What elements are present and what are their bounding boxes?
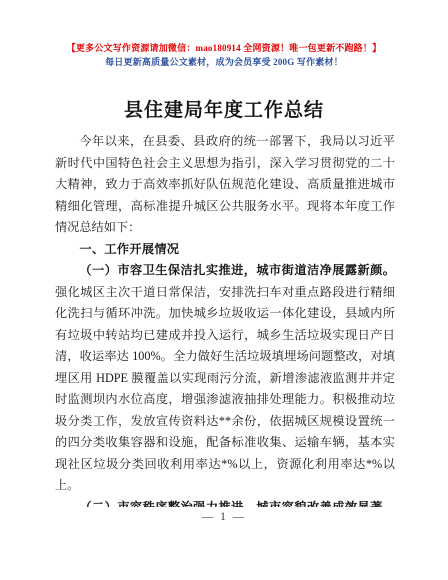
paragraph-1: （一）市容卫生保洁扎实推进，城市街道洁净展露新颜。强化城区主次干道日常保洁，安排… — [55, 260, 395, 497]
promo-header: 【更多公文写作资源请加微信：mao180914 全网资源！唯一包更新不跑路！】 … — [0, 0, 448, 69]
promo-line-1: 【更多公文写作资源请加微信：mao180914 全网资源！唯一包更新不跑路！】 — [0, 41, 448, 55]
document-title: 县住建局年度工作总结 — [0, 95, 448, 122]
section-1-heading: 一、工作开展情况 — [55, 239, 395, 261]
promo-line-2: 每日更新高质量公文素材，成为会员享受 200G 写作素材！ — [0, 55, 448, 69]
document-page: 【更多公文写作资源请加微信：mao180914 全网资源！唯一包更新不跑路！】 … — [0, 0, 448, 580]
paragraph-1-text: 强化城区主次干道日常保洁，安排洗扫车对重点路段进行精细化洗扫与循环冲洗。加快城乡… — [55, 285, 395, 493]
paragraph-2: （二）市容秩序整治强力推进，城市容貌改善成效显著。秉持“规范经营、便民疏导”原则… — [55, 497, 395, 508]
document-body: 今年以来，在县委、县政府的统一部署下，我局以习近平新时代中国特色社会主义思想为指… — [55, 131, 395, 507]
paragraph-2-lead: （二）市容秩序整治强力推进，城市容貌改善成效显著。 — [79, 500, 395, 508]
paragraph-1-lead: （一）市容卫生保洁扎实推进，城市街道洁净展露新颜。 — [79, 263, 395, 277]
page-number: — 1 — — [0, 511, 448, 523]
intro-paragraph: 今年以来，在县委、县政府的统一部署下，我局以习近平新时代中国特色社会主义思想为指… — [55, 131, 395, 239]
